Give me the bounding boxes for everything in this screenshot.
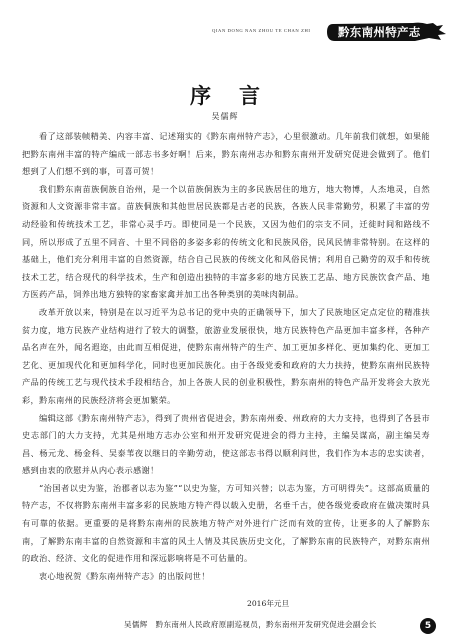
signature-line: 吴儒辉 黔东南州人民政府原副巡视员，黔东南州开发研究促进会副会长 bbox=[124, 619, 377, 630]
paragraph: 看了这部装帧精美、内容丰富、记述翔实的《黔东南州特产志》，心里很激动。几年前我们… bbox=[22, 128, 430, 181]
running-header: QIAN DONG NAN ZHOU TE CHAN ZHI 黔东南州特产志 bbox=[0, 22, 450, 42]
author-name: 吴儒辉 bbox=[0, 111, 450, 122]
page-number-badge: 5 bbox=[420, 618, 436, 634]
date-line: 2016年元旦 bbox=[247, 598, 289, 609]
header-book-title: 黔东南州特产志 bbox=[338, 24, 421, 40]
header-book-title-banner: 黔东南州特产志 bbox=[325, 22, 447, 42]
paragraph: “治国者以史为鉴，治郡者以志为鉴”“以史为鉴，方可知兴替；以志为鉴，方可明得失”… bbox=[22, 480, 430, 568]
paragraph: 改革开放以来，特别是在以习近平为总书记的党中央的正确领导下，加大了民族地区定点定… bbox=[22, 304, 430, 410]
page-title: 序言 bbox=[0, 80, 450, 110]
preface-body: 看了这部装帧精美、内容丰富、记述翔实的《黔东南州特产志》，心里很激动。几年前我们… bbox=[22, 128, 430, 585]
header-pinyin: QIAN DONG NAN ZHOU TE CHAN ZHI bbox=[212, 28, 311, 33]
paragraph: 我们黔东南苗族侗族自治州，是一个以苗族侗族为主的多民族居住的地方，地大物博，人杰… bbox=[22, 181, 430, 304]
paragraph: 编辑这部《黔东南州特产志》，得到了贵州省促进会，黔东南州委、州政府的大力支持，也… bbox=[22, 410, 430, 480]
paragraph: 衷心地祝贺《黔东南州特产志》的出版问世！ bbox=[22, 568, 430, 586]
